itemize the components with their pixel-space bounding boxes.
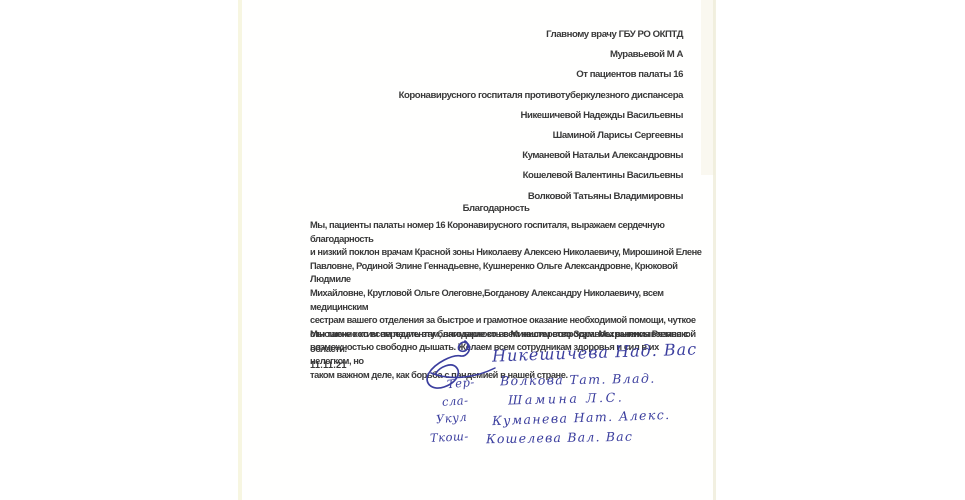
signature-name: Волкова Тат. Влад. (500, 371, 656, 389)
signature-name: Кошелева Вал. Вас (486, 429, 633, 447)
signature-name: Шамина Л.С. (508, 389, 625, 407)
signature-mark: сла- (442, 393, 469, 409)
scanned-letter: { "letter": { "header_lines": [ "Главном… (0, 0, 965, 500)
letter-title: Благодарность (310, 203, 682, 214)
signature-mark: Ткош- (430, 429, 469, 445)
handwritten-flourish (419, 338, 499, 400)
recipient-block: Главному врачу ГБУ РО ОКПТД Муравьевой М… (399, 25, 683, 207)
signature-mark: Укул (435, 410, 467, 427)
letter-date: 11.11.21 (310, 360, 347, 370)
signature-mark: Тер- (446, 375, 475, 391)
paper-edge-right-band (701, 0, 715, 175)
